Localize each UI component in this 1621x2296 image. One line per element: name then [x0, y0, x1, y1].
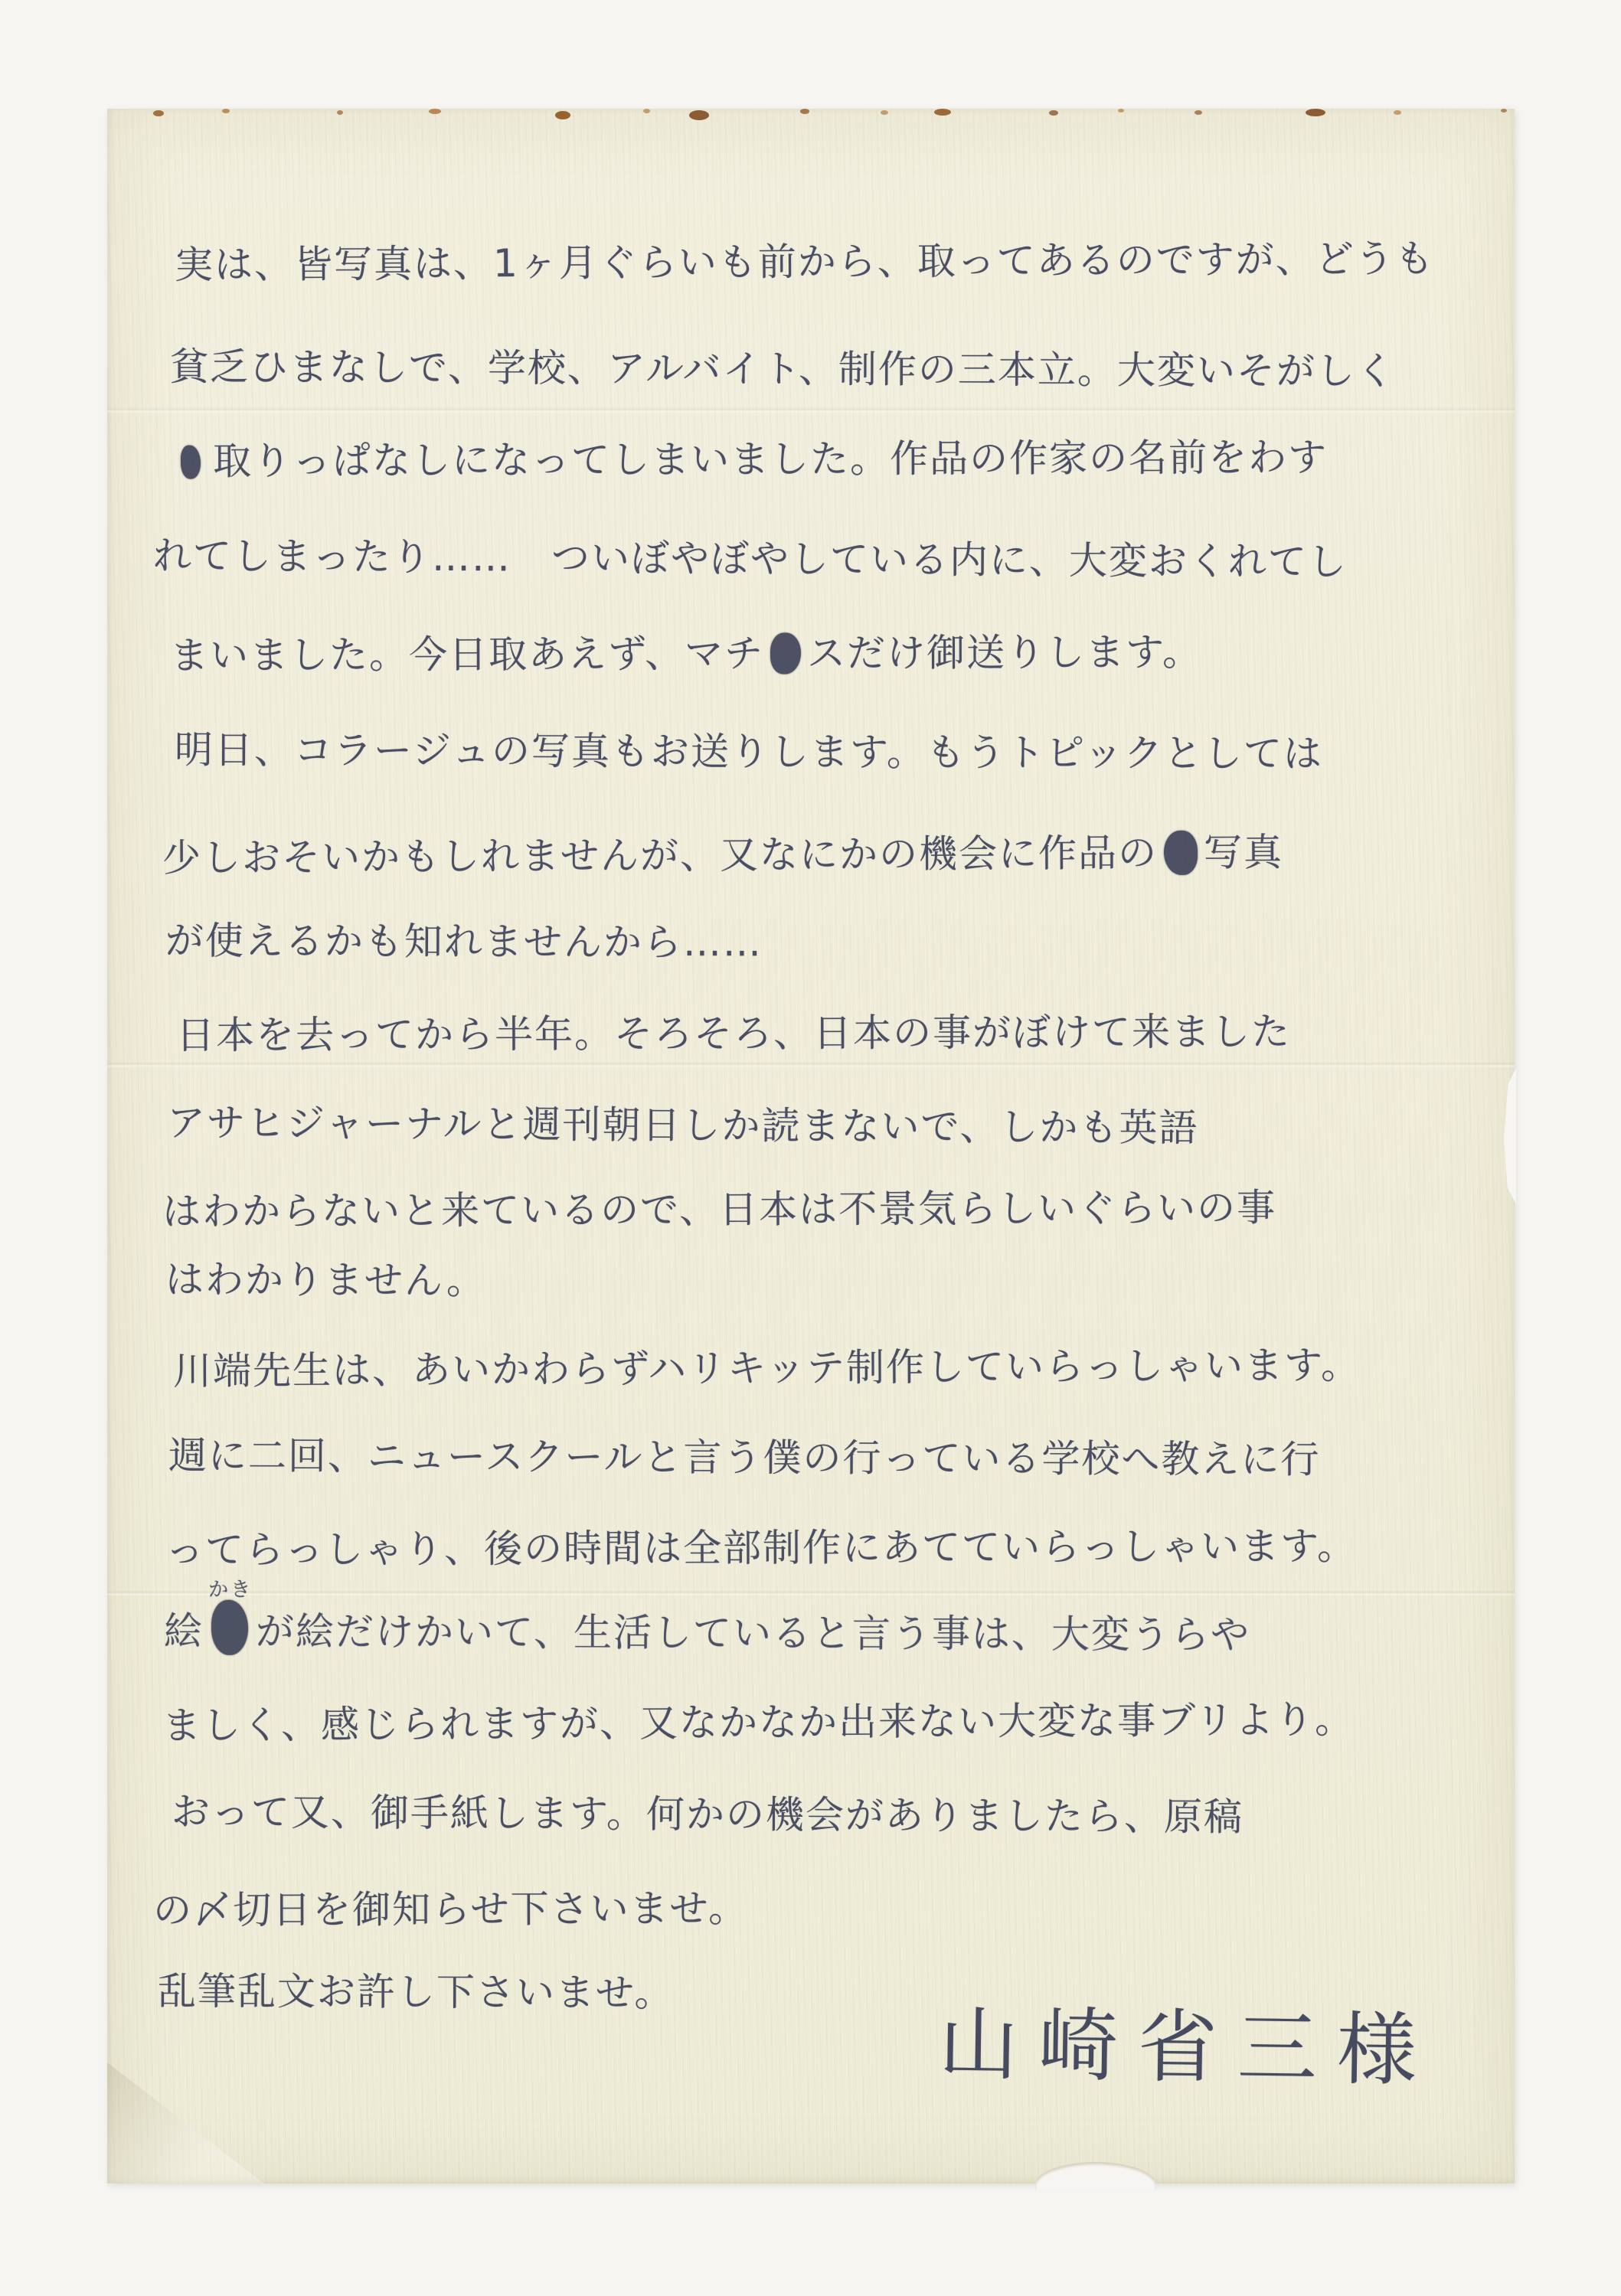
- paper-crease: [107, 1062, 1515, 1068]
- letter-paper: 実は、皆写真は、1ヶ月ぐらいも前から、取ってあるのですが、どうも 貧乏ひまなしで…: [107, 109, 1515, 2183]
- letter-line-text: 日本を去ってから半年。そろそろ、日本の事がぼけて来ました: [176, 1009, 1291, 1057]
- letter-line: はわかりません。: [165, 1249, 486, 1305]
- letter-line-text: まいました。今日取あえず、マチ: [170, 632, 764, 678]
- letter-line: 貧乏ひまなしで、学校、アルバイト、制作の三本立。大変いそがしく: [170, 336, 1396, 396]
- letter-line-text: アサヒジャーナルと週刊朝日しか読まないで、しかも英語: [167, 1100, 1199, 1150]
- letter-line-text: おって又、御手紙します。何かの機会がありましたら、原稿: [172, 1789, 1244, 1839]
- letter-line: 絵かきが絵だけかいて、生活していると言う事は、大変うらや: [164, 1600, 1250, 1660]
- corrected-word: かき: [204, 1600, 256, 1655]
- letter-line-text: はわからないと来ているので、日本は不景気らしいぐらいの事: [162, 1185, 1276, 1233]
- letter-line-text: れてしまったり…… ついぼやぼやしている内に、大変おくれてし: [153, 534, 1348, 584]
- letter-line: おって又、御手紙します。何かの機会がありましたら、原稿: [172, 1781, 1244, 1841]
- letter-line: ましく、感じられますが、又なかなか出来ない大変な事ブリより。: [162, 1689, 1355, 1750]
- ink-scribble: [1164, 831, 1198, 875]
- letter-line-text: が絵だけかいて、生活していると言う事は、大変うらや: [256, 1609, 1250, 1657]
- letter-line-text: 写真: [1204, 830, 1283, 875]
- letter-line: 川端先生は、あいかわらずハリキッテ制作していらっしゃいます。: [173, 1334, 1361, 1396]
- ink-scribble: [211, 1600, 248, 1655]
- paper-crease: [107, 407, 1515, 413]
- letter-line-text: 明日、コラージュの写真もお送りします。もうトピックとしては: [175, 727, 1323, 776]
- letter-line: 日本を去ってから半年。そろそろ、日本の事がぼけて来ました: [176, 1001, 1291, 1060]
- letter-line: ってらっしゃり、後の時間は全部制作にあてていらっしゃいます。: [165, 1515, 1357, 1574]
- letter-line-text: スだけ御送りします。: [807, 630, 1202, 676]
- letter-line-text: ってらっしゃり、後の時間は全部制作にあてていらっしゃいます。: [165, 1524, 1357, 1572]
- letter-line-text: 週に二回、ニュースクールと言う僕の行っている学校へ教えに行: [168, 1433, 1321, 1481]
- letter-line-text: 乱筆乱文お許し下さいませ。: [158, 1969, 675, 2015]
- letter-line-text: が使えるかも知れませんから……: [165, 919, 763, 965]
- letter-line-text: はわかりません。: [165, 1257, 486, 1302]
- letter-line: 明日、コラージュの写真もお送りします。もうトピックとしては: [175, 719, 1323, 778]
- letter-line: 取りっぱなしになってしまいました。作品の作家の名前をわす: [181, 426, 1328, 485]
- letter-line: はわからないと来ているので、日本は不景気らしいぐらいの事: [162, 1177, 1276, 1236]
- letter-line-text: 絵: [164, 1609, 204, 1654]
- letter-line-text: 実は、皆写真は、1ヶ月ぐらいも前から、取ってあるのですが、どうも: [175, 237, 1435, 288]
- corner-fold: [107, 2062, 264, 2183]
- letter-line: アサヒジャーナルと週刊朝日しか読まないで、しかも英語: [167, 1092, 1199, 1152]
- letter-line-text: 少しおそいかもしれませんが、又なにかの機会に作品の: [162, 831, 1158, 880]
- letter-line-text: 貧乏ひまなしで、学校、アルバイト、制作の三本立。大変いそがしく: [170, 345, 1396, 394]
- ink-scribble: [770, 632, 801, 674]
- paper-crease: [107, 1590, 1515, 1596]
- letter-line: まいました。今日取あえず、マチスだけ御送りします。: [170, 622, 1202, 681]
- letter-line: が使えるかも知れませんから……: [165, 910, 763, 968]
- letter-line: 乱筆乱文お許し下さいませ。: [158, 1961, 675, 2017]
- photo-background: 実は、皆写真は、1ヶ月ぐらいも前から、取ってあるのですが、どうも 貧乏ひまなしで…: [0, 0, 1621, 2296]
- edge-tear: [1504, 1068, 1516, 1204]
- letter-line: の〆切日を御知らせ下さいませ。: [153, 1878, 748, 1935]
- addressee-name: 山崎省三様: [938, 1979, 1437, 2101]
- letter-line: れてしまったり…… ついぼやぼやしている内に、大変おくれてし: [153, 525, 1348, 586]
- letter-line-text: ましく、感じられますが、又なかなか出来ない大変な事ブリより。: [162, 1697, 1355, 1748]
- letter-line-text: 川端先生は、あいかわらずハリキッテ制作していらっしゃいます。: [173, 1343, 1361, 1393]
- furigana-kaki: かき: [208, 1574, 253, 1602]
- ink-scribble: [181, 446, 201, 479]
- letter-line-text: の〆切日を御知らせ下さいませ。: [153, 1886, 748, 1933]
- letter-line: 実は、皆写真は、1ヶ月ぐらいも前から、取ってあるのですが、どうも: [175, 228, 1435, 290]
- letter-line: 少しおそいかもしれませんが、又なにかの機会に作品の写真: [162, 821, 1283, 883]
- paper-tear-notch: [1035, 2162, 1156, 2190]
- letter-line: 週に二回、ニュースクールと言う僕の行っている学校へ教えに行: [168, 1425, 1321, 1484]
- letter-line-text: 取りっぱなしになってしまいました。作品の作家の名前をわす: [213, 435, 1328, 483]
